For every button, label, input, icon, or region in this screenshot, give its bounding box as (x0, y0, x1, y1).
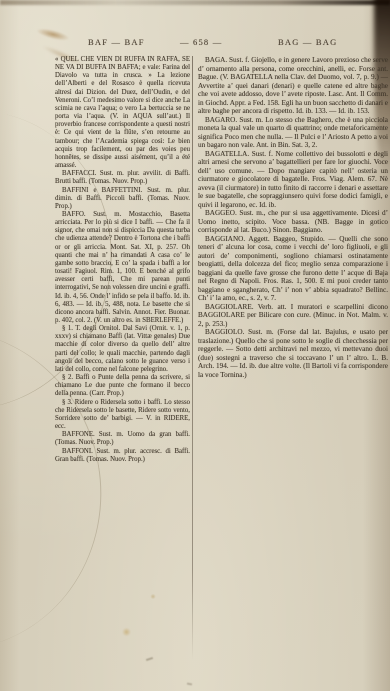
dictionary-paragraph: § 2. Baffi o Punte della penna da scrive… (55, 374, 190, 398)
dictionary-paragraph: BAFFO. Sust. m. Mostacchio, Basetta arri… (55, 211, 190, 325)
paper-spot (122, 628, 131, 636)
dictionary-paragraph: § 1. T. degli Ornitol. Dal Savi (Ornit. … (55, 325, 190, 374)
right-column: BAGA. Sust. f. Giojello, e in genere Lav… (198, 56, 388, 379)
paper-speck (146, 657, 153, 661)
column-divider-rule (192, 56, 193, 660)
dictionary-paragraph: « QUEL CHE VIEN DI RUFFA IN RAFFA, SE NE… (55, 56, 190, 170)
dictionary-paragraph: BAGGIOLO. Sust. m. (Forse dal lat. Bajul… (198, 328, 388, 379)
page-number: — 658 — (180, 37, 222, 47)
dictionary-paragraph: BAFFONE. Sust. m. Uomo da gran baffi. (T… (55, 431, 190, 447)
dictionary-paragraph: BAFFONI. Sust. m. plur. accresc. di Baff… (55, 448, 190, 464)
dictionary-paragraph: § 3. Ridere o Ridersela sotto i baffi. L… (55, 399, 190, 432)
running-head-left: BAF — BAF (88, 37, 145, 47)
scanned-dictionary-page: BAF — BAF — 658 — BAG — BAG « QUEL CHE V… (0, 0, 390, 691)
paper-speck (187, 683, 192, 686)
dictionary-paragraph: BAFFINI e BAFFETTINI. Sust. m. plur. dim… (55, 187, 190, 211)
dictionary-paragraph: BAGA. Sust. f. Giojello, e in genere Lav… (198, 56, 388, 116)
page-top-edge-shadow (0, 0, 390, 5)
dictionary-paragraph: BAGGEO. Sust. m., che pur si usa aggetti… (198, 209, 388, 235)
dictionary-paragraph: BAGGIANO. Aggett. Baggeo, Stupido. — Que… (198, 235, 388, 303)
paper-spot (150, 594, 156, 599)
dictionary-paragraph: BAFFACCI. Sust. m. plur. avvilit. di Baf… (55, 170, 190, 186)
dictionary-paragraph: BAGATELLA. Sust. f. Nome collettivo dei … (198, 150, 388, 210)
dictionary-paragraph: BAGGIOLARE. Verb. att. I muratori e scar… (198, 303, 388, 329)
paper-stain (35, 26, 70, 43)
running-head-right: BAG — BAG (278, 37, 337, 47)
left-column: « QUEL CHE VIEN DI RUFFA IN RAFFA, SE NE… (55, 56, 190, 464)
dictionary-paragraph: BAGARO. Sust. m. Lo stesso che Baghero, … (198, 116, 388, 150)
